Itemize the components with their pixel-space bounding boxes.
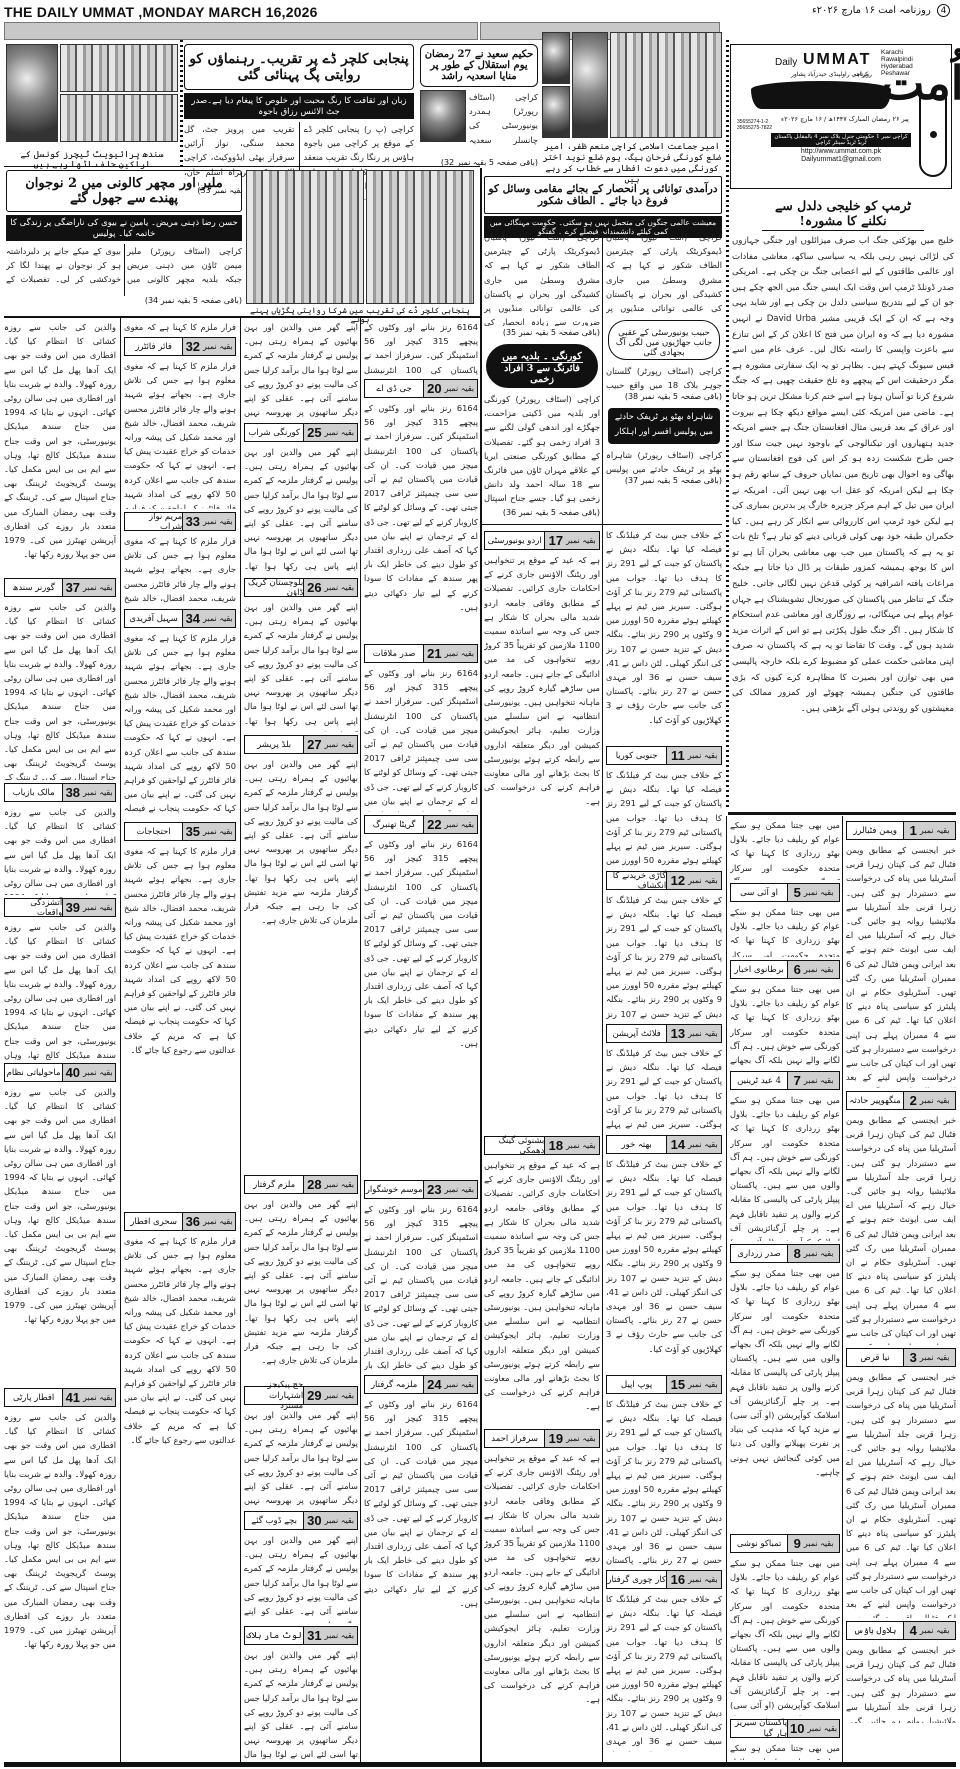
malir-headline: ملیر اور مچھر کالونی میں 2 نوجوان پھندے … [6,170,242,212]
col-divider [120,318,121,1762]
baqiya-box-19: بقیہ نمبر19سرفراز احمد [484,1429,600,1448]
column-7-text: میں بھی جتنا ممکن ہو سکے عوام کو ریلیف د… [730,1093,840,1241]
baqiya-box-5: بقیہ نمبر5او آئی سی [730,883,840,902]
masthead-address: کراچی نمبر 1 حکومتی جنرل بلاک نمبر 4 بال… [771,133,911,147]
baqiya-box-33: بقیہ نمبر33مریم نواز شراب [124,512,236,531]
col-divider [240,318,241,1762]
page-bottom-rule [4,1762,956,1767]
jamaat-leader-photo-2 [542,86,570,138]
baqiya-box-29: بقیہ نمبر29حج پیکیجز اشتہارات مسترد [244,1386,358,1405]
speaker-mic-photo [572,32,608,138]
baqiya-box-23: بقیہ نمبر23موسم خوشگوار [364,1180,478,1199]
col-divider [480,168,482,1762]
column-6-text: کے خلاف جس بیٹ کر فیلڈنگ کا فیصلہ کیا تھ… [606,768,722,868]
column-6-text: کے خلاف جس بیٹ کر فیلڈنگ کا فیصلہ کیا تھ… [606,893,722,1021]
baqiya-box-4: بقیہ نمبر4بلاول ہاؤس [846,1621,956,1640]
column-5-text: ہے کہ عید کے موقع پر تنخواہیں اور ریٹنگ … [484,1158,600,1426]
baqiya-box-32: بقیہ نمبر32فائر فائٹرز [124,337,236,356]
korangi-firing-cont: (باقی صفحہ 5 بقیہ نمبر 36) [484,508,600,517]
masthead-website[interactable]: http://www.ummat.com.pk [791,148,891,156]
baqiya-box-35: بقیہ نمبر35احتجاجات [124,822,236,841]
column-1-text: والدین کی جانب سے روزہ کشائی کا انتظام ک… [4,1085,116,1385]
column-3-text: اپنے گھر میں والدین اور بہن بھائیوں کے ہ… [244,445,358,575]
column-2-text: فرار ملزم کا کہنا ہے کہ مغوی معلوم ہوا ہ… [124,1234,236,1704]
baqiya-box-6: بقیہ نمبر6برطانوی اخبار [730,960,840,979]
column-2-text: فرار ملزم کا کہنا ہے کہ مغوی معلوم ہوا ہ… [124,844,236,1209]
punjabi-culture-strap: زبان اور ثقافت کا رنگ محبت اور خلوص کا پ… [184,93,414,119]
column-6-text: کے خلاف جس بیٹ کر فیلڈنگ کا فیصلہ کیا تھ… [606,1397,722,1567]
baqiya-box-10: بقیہ نمبر10پاکستان سیریز ہار گیا [730,1719,840,1738]
shahrah-bhutto-cont: (باقی صفحہ 5 بقیہ نمبر 37) [606,476,722,485]
column-4-text: 6164 رنز بنانے اور وکٹوں کے پیچھے 315 کی… [364,666,478,812]
column-6-text: کے خلاف جس بیٹ کر فیلڈنگ کا فیصلہ کیا تھ… [606,1592,722,1752]
column-3-text: اپنے گھر میں والدین اور بہن بھائیوں کے ہ… [244,1648,358,1760]
baqiya-box-25: بقیہ نمبر25کورنگی شراب [244,423,358,442]
masthead-phones: 35655274-1-2 35655275-7822 [737,119,772,131]
page-number: 4 [937,4,950,17]
column-7: میں بھی جتنا ممکن ہو سکے عوام کو ریلیف د… [730,818,840,1760]
column-1-text: والدین کی جانب سے روزہ کشائی کا انتظام ک… [4,320,116,575]
habib-university-body: کراچی (اسٹاف رپورٹر) گلستان جوہر بلاک 18… [606,364,722,392]
group-photo-2 [60,94,178,142]
column-2-text: فرار ملزم کا کہنا ہے کہ مغوی معلوم ہوا ہ… [124,534,236,606]
malir-story: ملیر اور مچھر کالونی میں 2 نوجوان پھندے … [6,170,242,305]
habib-university-headline: حبیب یونیورسٹی کے عقبی جانب جھاڑیوں میں … [608,320,720,360]
column-1-text: والدین کی جانب سے روزہ کشائی کا انتظام ک… [4,920,116,1060]
korangi-firing-headline: کورنگی ۔ بلدیہ میں فائرنگ سے 3 افراد زخم… [486,344,598,388]
baqiya-box-14: بقیہ نمبر14بھتہ خور [606,1135,722,1154]
punjabi-event-photo-1 [246,170,364,304]
urdu-date-header: روزنامہ امت ۱۶ مارچ ۲۰۲۶ء [812,5,931,16]
section-divider-right [728,812,956,815]
korangi-firing-body: کراچی (اسٹاف رپورٹر) کورنگی اور بلدیہ می… [484,392,600,506]
masthead-contact: http://www.ummat.com.pk Dailyummat1@gmai… [791,148,891,164]
altaf-body-col-2: کراچی (امت نیوز) پاسبان ڈیموکریٹک پارٹی … [606,230,722,315]
altaf-cont: (باقی صفحہ 5 بقیہ نمبر 35) [484,328,600,337]
column-3-text: اپنے گھر میں والدین اور بہن بھائیوں کے ہ… [244,1408,358,1508]
column-5-text: ہے کہ عید کے موقع پر تنخواہیں اور ریٹنگ … [484,1451,600,1760]
baqiya-box-7: بقیہ نمبر74 عید ٹرینیں [730,1071,840,1090]
col-divider [842,816,843,1762]
column-7-text: میں بھی جتنا ممکن ہو سکے عوام کو ریلیف د… [730,982,840,1068]
column-2-text: فرار ملزم کا کہنا ہے کہ مغوی معلوم ہوا ہ… [124,320,236,334]
column-4: 6164 رنز بنانے اور وکٹوں کے پیچھے 315 کی… [364,320,478,1760]
column-3-text: اپنے گھر میں والدین اور بہن بھائیوں کے ہ… [244,320,358,420]
english-page-title: THE DAILY UMMAT ,MONDAY MARCH 16,2026 [4,4,318,20]
column-1-text: والدین کی جانب سے روزہ کشائی کا انتظام ک… [4,600,116,780]
column-6: کے خلاف جس بیٹ کر فیلڈنگ کا فیصلہ کیا تھ… [606,528,722,1760]
baqiya-box-18: بقیہ نمبر18بشنوئی گینگ دھمکی [484,1136,600,1155]
baqiya-box-41: بقیہ نمبر41افطار پارٹی [4,1388,116,1407]
col-divider [360,318,361,1762]
masthead-date-line: پیر ۲۶ رمضان المبارک ۱۴۴۷ھ / ۱۶ مارچ ۲۰۲… [781,115,909,123]
hakim-saeed-story: حکیم سعید نے 27 رمضان یوم استقلال کے طور… [420,44,538,167]
column-8-text: خبر ایجنسی کے مطابق ویمن فٹبال ٹیم کی کپ… [846,1113,956,1345]
divider [180,40,183,168]
editorial-divider [726,40,729,810]
column-1-text: والدین کی جانب سے روزہ کشائی کا انتظام ک… [4,1410,116,1730]
baqiya-box-17: بقیہ نمبر17اردو یونیورسٹی [484,531,600,550]
column-8-text: خبر ایجنسی کے مطابق ویمن فٹبال ٹیم کی کپ… [846,1370,956,1618]
masthead-email[interactable]: Dailyummat1@gmail.com [791,156,891,164]
column-8-text: خبر ایجنسی کے مطابق ویمن فٹبال ٹیم کی کپ… [846,843,956,1088]
column-7-text: میں بھی جتنا ممکن ہو سکے عوام کو ریلیف د… [730,1556,840,1716]
baqiya-box-1: بقیہ نمبر1ویمن فٹبالرز [846,821,956,840]
column-7-text: میں بھی جتنا ممکن ہو سکے عوام کو ریلیف د… [730,1266,840,1531]
column-6-text: کے خلاف جس بیٹ کر فیلڈنگ کا فیصلہ کیا تھ… [606,1046,722,1132]
column-1-text: والدین کی جانب سے روزہ کشائی کا انتظام ک… [4,805,116,895]
header-grey-bar [4,22,478,40]
malir-body: کراچی (اسٹاف رپورٹر) ملیر میمن ٹاؤن میں … [6,244,242,296]
section-divider-mid [482,524,722,525]
punjabi-event-photo-2 [366,170,474,304]
masthead: Daily UMMAT Karachi Rawalpindi Hyderabad… [730,44,952,189]
trump-editorial: ٹرمپ کو خلیجی دلدل سے نکلنے کا مشورہ! خل… [732,198,954,834]
column-6-text: کے خلاف جس بیٹ کر فیلڈنگ کا فیصلہ کیا تھ… [606,1157,722,1372]
column-8: بقیہ نمبر1ویمن فٹبالرز خبر ایجنسی کے مطا… [846,818,956,1760]
group-photo-1 [60,44,178,92]
malir-strap: حسن رضا ذہنی مریض۔ یامین نے بیوی کی نارا… [6,215,242,241]
column-4-text: 6164 رنز بنانے اور وکٹوں کے پیچھے 315 کی… [364,1397,478,1760]
baqiya-box-24: بقیہ نمبر24ملزمہ گرفتار [364,1375,478,1394]
jamaat-leader-photo-1 [542,32,570,84]
masthead-logo-swash [751,81,891,109]
column-7-text: میں بھی جتنا ممکن ہو سکے عوام کو ریلیف د… [730,905,840,957]
altaf-shakoor-story: درآمدی توانائی پر انحصار کے بجائے مقامی … [484,176,722,238]
baqiya-box-22: بقیہ نمبر22گریٹا تھنبرگ [364,815,478,834]
baqiya-box-28: بقیہ نمبر28ملزم گرفتار [244,1175,358,1194]
baqiya-box-34: بقیہ نمبر34سہیل آفریدی [124,609,236,628]
baqiya-box-13: بقیہ نمبر13فلائٹ آپریشن [606,1024,722,1043]
baqiya-box-39: بقیہ نمبر39آتشزدگی واقعات [4,898,116,917]
baqiya-box-3: بقیہ نمبر3نیا قرض [846,1348,956,1367]
baqiya-box-40: بقیہ نمبر40ماحولیاتی نظام [4,1063,116,1082]
baqiya-box-9: بقیہ نمبر9تمباکو نوشی [730,1534,840,1553]
column-2-text: فرار ملزم کا کہنا ہے کہ مغوی معلوم ہوا ہ… [124,631,236,819]
column-4-text: 6164 رنز بنانے اور وکٹوں کے پیچھے 315 کی… [364,837,478,1177]
sindh-council-caption: سندھ پرائیویٹ ٹیچرز کونسل کے اراکین حلف … [6,150,178,170]
column-2: فرار ملزم کا کہنا ہے کہ مغوی معلوم ہوا ہ… [124,320,236,1760]
column-4-text: 6164 رنز بنانے اور وکٹوں کے پیچھے 315 کی… [364,401,478,641]
column-7-text: میں بھی جتنا ممکن ہو سکے عوام کو ریلیف د… [730,1741,840,1760]
baqiya-box-12: بقیہ نمبر12گاڑی خریدنے کا انکشاف [606,871,722,890]
baqiya-box-26: بقیہ نمبر26بلوچستان کریک ڈاؤن [244,578,358,597]
col-divider [726,816,727,1762]
trump-editorial-body: خلیج میں بھڑکتی جنگ اب صرف میزائلوں اور … [732,234,954,834]
shahrah-bhutto-headline: شاہراہ بھٹو پر ٹریفک حادثے میں پولیس افس… [608,408,720,444]
altaf-body-col-1: کراچی (امت نیوز) پاسبان ڈیموکریٹک پارٹی … [484,230,600,326]
baqiya-box-30: بقیہ نمبر30بچے ڈوب گئے [244,1511,358,1530]
speaker-photo [6,44,58,142]
baqiya-box-21: بقیہ نمبر21صدر ملاقات [364,644,478,663]
trump-editorial-headline: ٹرمپ کو خلیجی دلدل سے نکلنے کا مشورہ! [762,198,924,231]
iftar-crowd-photo [610,32,722,138]
column-4-text: 6164 رنز بنانے اور وکٹوں کے پیچھے 315 کی… [364,320,478,376]
column-6-text: کے خلاف جس بیٹ کر فیلڈنگ کا فیصلہ کیا تھ… [606,528,722,743]
baqiya-box-16: بقیہ نمبر16کار چوری گرفتار [606,1570,722,1589]
column-3-text: اپنے گھر میں والدین اور بہن بھائیوں کے ہ… [244,1197,358,1383]
column-4-text: 6164 رنز بنانے اور وکٹوں کے پیچھے 315 کی… [364,1202,478,1372]
masthead-daily: Daily [775,57,797,68]
baqiya-box-8: بقیہ نمبر8صدر زرداری [730,1244,840,1263]
altaf-headline: درآمدی توانائی پر انحصار کے بجائے مقامی … [484,176,722,214]
column-5: بقیہ نمبر17اردو یونیورسٹی ہے کہ عید کے م… [484,528,600,1760]
row-divider [4,166,480,167]
malir-cont: (باقی صفحہ 5 بقیہ نمبر 34) [6,296,242,305]
section-divider-left [4,316,480,318]
pen-nib-icon [919,95,947,177]
column-7-text: میں بھی جتنا ممکن ہو سکے عوام کو ریلیف د… [730,818,840,880]
column-8-text: خبر ایجنسی کے مطابق ویمن فٹبال ٹیم کی کپ… [846,1643,956,1723]
column-3-text: اپنے گھر میں والدین اور بہن بھائیوں کے ہ… [244,600,358,732]
column-3-text: اپنے گھر میں والدین اور بہن بھائیوں کے ہ… [244,1533,358,1623]
baqiya-box-31: بقیہ نمبر31لوٹ مار ہلاک [244,1626,358,1645]
habib-university-cont: (باقی صفحہ 5 بقیہ نمبر 38) [606,392,722,401]
hakim-saeed-headline: حکیم سعید نے 27 رمضان یوم استقلال کے طور… [420,44,538,87]
baqiya-box-2: بقیہ نمبر2منگھوپیر حادثہ [846,1091,956,1110]
column-1: والدین کی جانب سے روزہ کشائی کا انتظام ک… [4,320,116,1760]
saadia-rashid-photo [420,90,466,142]
baqiya-box-11: بقیہ نمبر11جنوبی کوریا [606,746,722,765]
hakim-saeed-body: کراچی (اسٹاف رپورٹر) ہمدرد یونیورسٹی کی … [469,90,538,150]
urdu-page-header: 4 روزنامہ امت ۱۶ مارچ ۲۰۲۶ء [812,4,950,17]
baqiya-box-38: بقیہ نمبر38مالک بازیاب [4,783,116,802]
baqiya-box-15: بقیہ نمبر15پوپ اپیل [606,1375,722,1394]
baqiya-box-20: بقیہ نمبر20جی ڈی اے [364,379,478,398]
col-divider [602,526,603,1762]
punjabi-culture-headline: پنجابی کلچر ڈے پر تقریب۔ رہنماؤں کو روای… [184,44,414,90]
baqiya-box-27: بقیہ نمبر27بلڈ پریشر [244,735,358,754]
baqiya-box-37: بقیہ نمبر37گورنر سندھ [4,578,116,597]
column-5-text: ہے کہ عید کے موقع پر تنخواہیں اور ریٹنگ … [484,553,600,1133]
column-3: اپنے گھر میں والدین اور بہن بھائیوں کے ہ… [244,320,358,1760]
column-3-text: اپنے گھر میں والدین اور بہن بھائیوں کے ہ… [244,757,358,1172]
masthead-brand: UMMAT [803,51,871,69]
shahrah-bhutto-body: کراچی (اسٹاف رپورٹر) شاہراہ بھٹو پر ٹریف… [606,448,722,476]
masthead-roznama: روزنامہ [853,71,872,78]
baqiya-box-36: بقیہ نمبر36سحری افطار [124,1212,236,1231]
column-2-text: فرار ملزم کا کہنا ہے کہ مغوی معلوم ہوا ہ… [124,359,236,509]
